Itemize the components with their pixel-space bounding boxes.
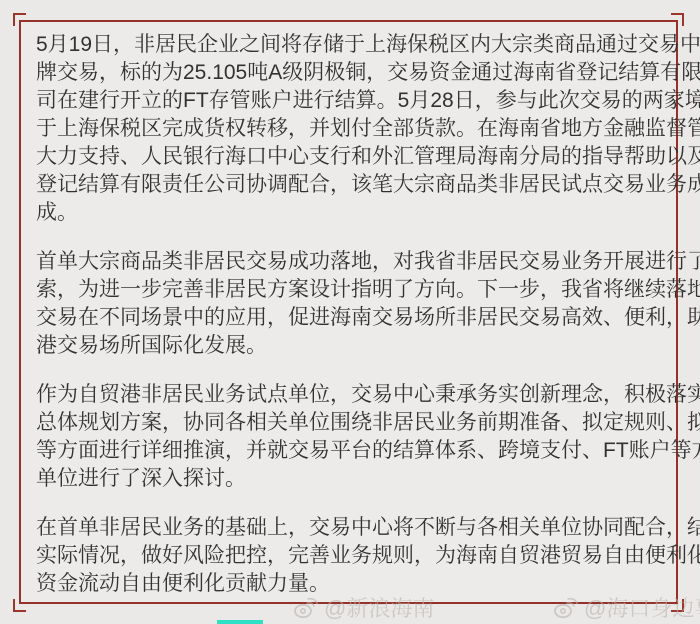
text-line: 司在建行开立的FT存管账户进行结算。5月28日，参与此次交易的两家境外企业	[36, 87, 668, 115]
watermark-sina-hainan: @新浪海南	[292, 592, 434, 623]
text-line: 大力支持、人民银行海口中心支行和外汇管理局海南分局的指导帮助以及海南省	[36, 143, 668, 171]
paragraph-1: 5月19日，非居民企业之间将存储于上海保税区内大宗类商品通过交易中心进行挂牌交易…	[36, 31, 668, 227]
text-line: 实际情况，做好风险把控，完善业务规则，为海南自贸港贸易自由便利化和跨境	[36, 542, 668, 570]
weibo-icon	[292, 595, 318, 621]
text-line: 索，为进一步完善非居民方案设计指明了方向。下一步，我省将继续落地非居民	[36, 276, 668, 304]
watermark-label: @海口身边事	[584, 592, 700, 623]
text-line: 交易在不同场景中的应用，促进海南交易场所非居民交易高效、便利，助力自贸	[36, 304, 668, 332]
news-card: 5月19日，非居民企业之间将存储于上海保税区内大宗类商品通过交易中心进行挂牌交易…	[0, 0, 700, 624]
weibo-icon	[552, 595, 578, 621]
text-line: 港交易场所国际化发展。	[36, 332, 668, 360]
text-line: 总体规划方案，协同各相关单位围绕非居民业务前期准备、拟定规则、拟定品种	[36, 409, 668, 437]
paragraph-3: 作为自贸港非居民业务试点单位，交易中心秉承务实创新理念，积极落实自贸港总体规划方…	[36, 381, 668, 493]
text-line: 单位进行了深入探讨。	[36, 465, 668, 493]
paragraph-2: 首单大宗商品类非居民交易成功落地，对我省非居民交易业务开展进行了有益探索，为进一…	[36, 248, 668, 360]
text-line: 等方面进行详细推演，并就交易平台的结算体系、跨境支付、FT账户等方面同各	[36, 437, 668, 465]
progress-bar	[217, 620, 263, 624]
text-line: 作为自贸港非居民业务试点单位，交易中心秉承务实创新理念，积极落实自贸港	[36, 381, 668, 409]
text-line: 成。	[36, 199, 668, 227]
article-text: 5月19日，非居民企业之间将存储于上海保税区内大宗类商品通过交易中心进行挂牌交易…	[36, 31, 668, 598]
text-line: 于上海保税区完成货权转移，并划付全部货款。在海南省地方金融监督管理局的	[36, 115, 668, 143]
frame-corner-top-left	[13, 13, 26, 26]
watermark-haikou-shenbianshi: @海口身边事	[552, 592, 700, 623]
text-line: 首单大宗商品类非居民交易成功落地，对我省非居民交易业务开展进行了有益探	[36, 248, 668, 276]
paragraph-4: 在首单非居民业务的基础上，交易中心将不断与各相关单位协同配合，结合市场实际情况，…	[36, 514, 668, 598]
watermark-label: @新浪海南	[324, 592, 434, 623]
text-line: 在首单非居民业务的基础上，交易中心将不断与各相关单位协同配合，结合市场	[36, 514, 668, 542]
frame-corner-top-right	[671, 13, 684, 26]
text-line: 牌交易，标的为25.105吨A级阴极铜，交易资金通过海南省登记结算有限责任公	[36, 59, 668, 87]
text-line: 登记结算有限责任公司协调配合，该笔大宗商品类非居民试点交易业务成功完	[36, 171, 668, 199]
frame-corner-bottom-left	[13, 599, 26, 612]
text-line: 5月19日，非居民企业之间将存储于上海保税区内大宗类商品通过交易中心进行挂	[36, 31, 668, 59]
